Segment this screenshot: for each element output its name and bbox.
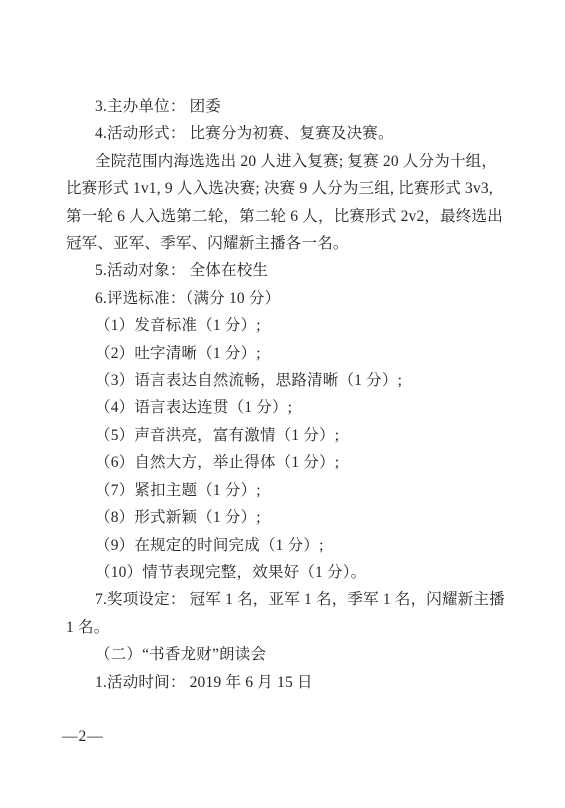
text-line: 1 名。 (66, 614, 536, 641)
text-line: （1）发音标准（1 分）; (66, 312, 536, 339)
text-line: 5.活动对象： 全体在校生 (66, 257, 536, 284)
text-line: （二）“书香龙财”朗读会 (66, 641, 536, 668)
text-line: （5）声音洪亮，富有激情（1 分）; (66, 422, 536, 449)
text-line: （10）情节表现完整，效果好（1 分）。 (66, 559, 536, 586)
text-line: （3）语言表达自然流畅，思路清晰（1 分）; (66, 367, 536, 394)
text-line: 全院范围内海选选出 20 人进入复赛; 复赛 20 人分为十组， (66, 148, 536, 175)
text-line: 1.活动时间： 2019 年 6 月 15 日 (66, 669, 536, 696)
text-line: （2）吐字清晰（1 分）; (66, 340, 536, 367)
document-body: 3.主办单位： 团委4.活动形式： 比赛分为初赛、复赛及决赛。全院范围内海选选出… (66, 93, 536, 696)
text-line: 比赛形式 1v1, 9 人入选决赛; 决赛 9 人分为三组, 比赛形式 3v3, (66, 175, 536, 202)
text-line: 冠军、亚军、季军、闪耀新主播各一名。 (66, 230, 536, 257)
text-line: 7.奖项设定： 冠军 1 名，亚军 1 名，季军 1 名，闪耀新主播 (66, 586, 536, 613)
text-line: （8）形式新颖（1 分）; (66, 504, 536, 531)
text-line: （4）语言表达连贯（1 分）; (66, 394, 536, 421)
text-line: （9）在规定的时间完成（1 分）; (66, 532, 536, 559)
text-line: （7）紧扣主题（1 分）; (66, 477, 536, 504)
text-line: 6.评选标准：（满分 10 分） (66, 285, 536, 312)
text-line: 3.主办单位： 团委 (66, 93, 536, 120)
text-line: （6）自然大方，举止得体（1 分）; (66, 449, 536, 476)
document-page: 3.主办单位： 团委4.活动形式： 比赛分为初赛、复赛及决赛。全院范围内海选选出… (0, 0, 565, 808)
page-number: —2— (62, 723, 104, 750)
text-line: 4.活动形式： 比赛分为初赛、复赛及决赛。 (66, 120, 536, 147)
text-line: 第一轮 6 人入选第二轮，第二轮 6 人，比赛形式 2v2，最终选出 (66, 203, 536, 230)
